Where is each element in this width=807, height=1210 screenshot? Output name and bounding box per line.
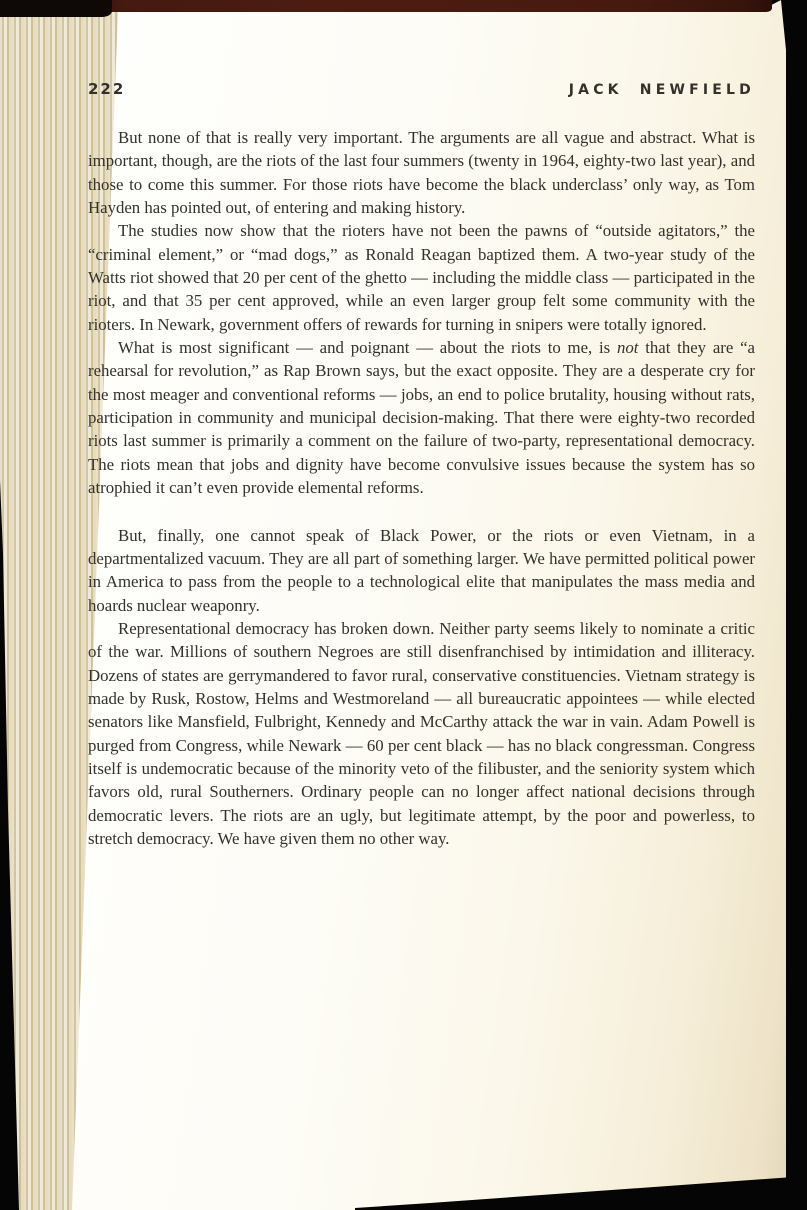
paragraph: But, finally, one cannot speak of Black … [88, 524, 755, 617]
page-header: 222 JACK NEWFIELD [88, 80, 755, 98]
running-head: JACK NEWFIELD [569, 82, 755, 98]
paragraph: Representational democracy has broken do… [88, 617, 755, 850]
book-cover-top-edge [0, 0, 772, 12]
paragraph-text: The studies now show that the rioters ha… [88, 221, 755, 333]
page-body-text: But none of that is really very importan… [88, 126, 755, 850]
paragraph-text-italic: not [617, 338, 638, 357]
paragraph-text: Representational democracy has broken do… [88, 619, 755, 848]
paragraph-text: that they are “a rehearsal for revolutio… [88, 338, 755, 497]
page-number: 222 [88, 80, 125, 98]
paragraph: What is most significant — and poignant … [88, 336, 755, 499]
paragraph-text: What is most significant — and poignant … [118, 338, 617, 357]
paragraph-text: But none of that is really very importan… [88, 128, 755, 217]
book-scan: 222 JACK NEWFIELD But none of that is re… [0, 0, 807, 1210]
paragraph-text: But, finally, one cannot speak of Black … [88, 526, 755, 615]
paragraph: The studies now show that the rioters ha… [88, 219, 755, 336]
paragraph: But none of that is really very importan… [88, 126, 755, 219]
scan-background-right-band [786, 0, 807, 1210]
book-cover-top-left-corner [0, 0, 112, 17]
